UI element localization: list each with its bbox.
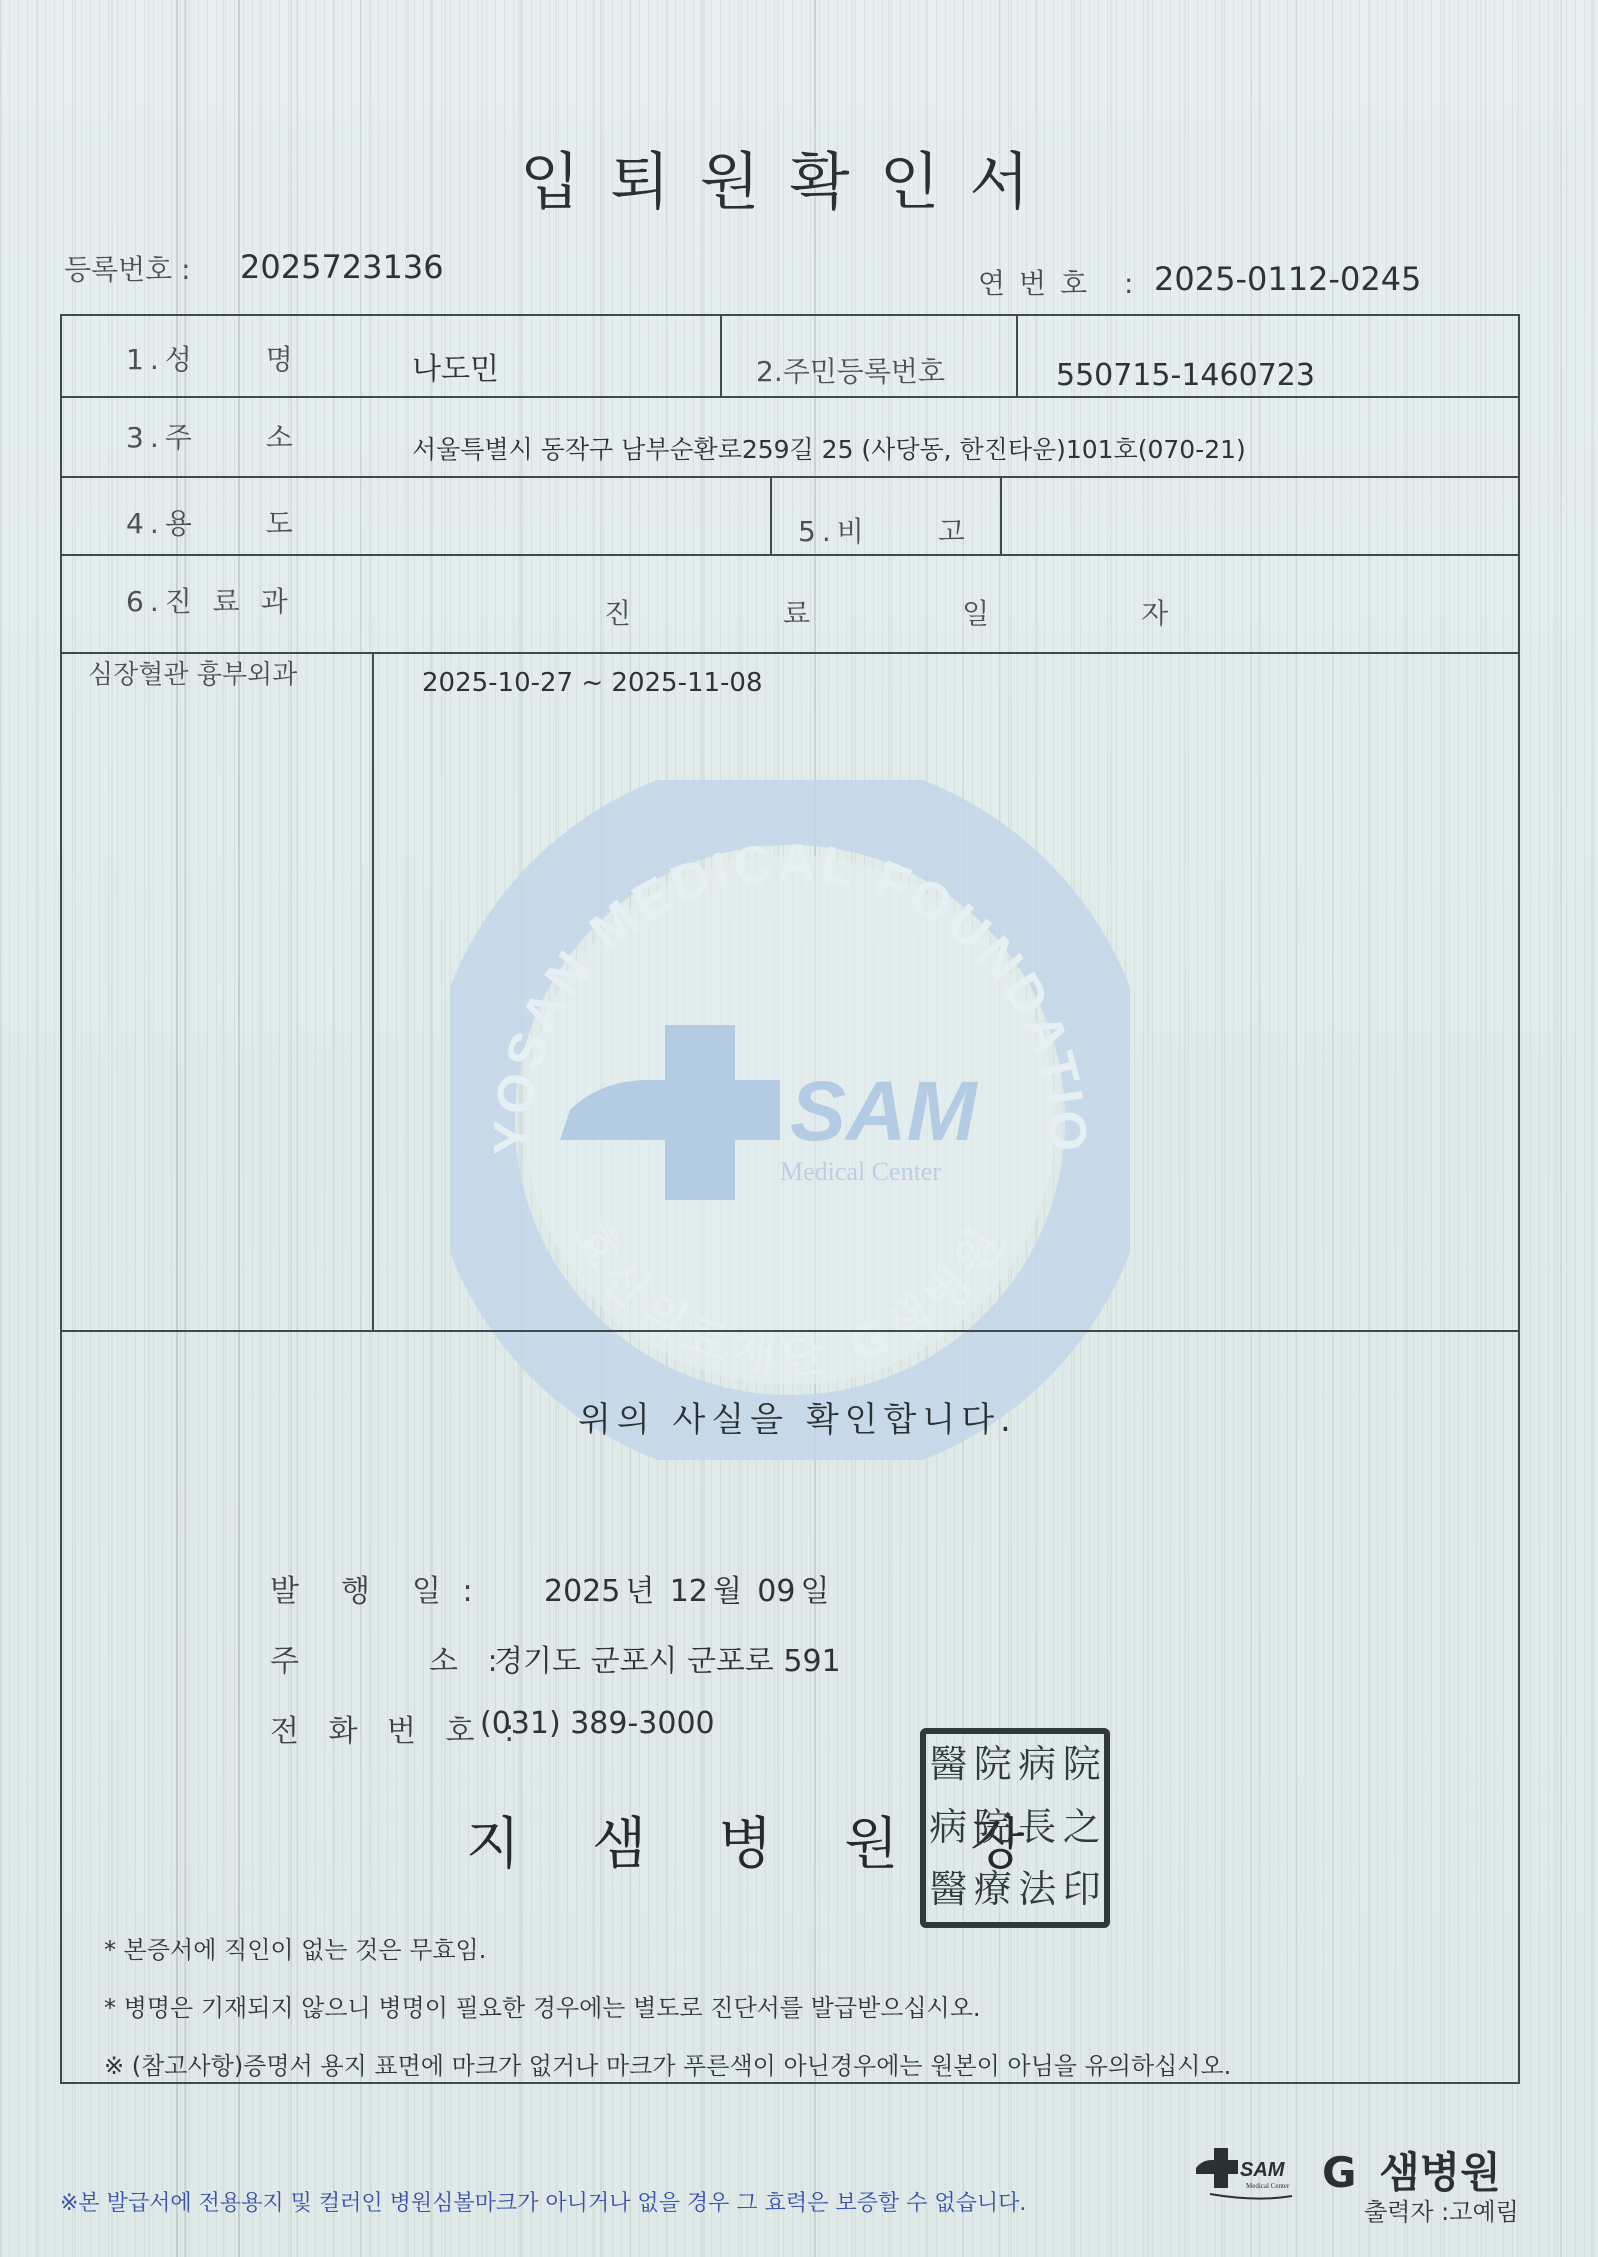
seal-glyph: 院 — [1060, 1734, 1105, 1797]
table-column-divider — [372, 652, 374, 1332]
table-column-divider — [1000, 476, 1002, 554]
rrn-label: 2.주민등록번호 — [756, 350, 945, 390]
remarks-label: 5.비 고 — [798, 510, 971, 550]
registration-number: 2025723136 — [240, 248, 444, 286]
table-row-divider — [60, 554, 1520, 556]
rrn-value: 550715-1460723 — [1056, 358, 1315, 393]
printed-by: 출력자 :고예림 — [1364, 2192, 1519, 2227]
treatment-period: 2025-10-27 ~ 2025-11-08 — [422, 668, 763, 698]
issue-month: 12 — [670, 1574, 708, 1609]
printed-by-name: 고예림 — [1449, 2198, 1519, 2226]
table-column-divider — [1016, 314, 1018, 396]
table-column-divider — [720, 314, 722, 396]
seal-glyph: 長 — [1015, 1797, 1060, 1860]
dates-header: 진 료 일 자 — [604, 592, 1230, 632]
phone-number: (031) 389-3000 — [480, 1706, 715, 1741]
seal-glyph: 法 — [1015, 1859, 1060, 1922]
note-bullet: ※ — [104, 2052, 124, 2080]
table-border-left — [60, 314, 62, 2084]
table-column-divider — [770, 476, 772, 554]
seal-glyph: 療 — [971, 1859, 1016, 1922]
sam-medical-center-logo: SAM Medical Center — [1196, 2146, 1316, 2206]
purpose-label: 4.용 도 — [126, 502, 299, 542]
seal-glyph: 病 — [1015, 1734, 1060, 1797]
document-title: 입퇴원확인서 — [520, 132, 1059, 221]
svg-text:Medical Center: Medical Center — [1246, 2182, 1290, 2190]
issue-year-unit: 년 — [625, 1574, 654, 1609]
note-bullet: * — [104, 1994, 116, 2022]
address-label: 3.주 소 — [126, 416, 299, 456]
issue-year: 2025 — [544, 1574, 620, 1609]
seal-glyph: 印 — [1060, 1859, 1105, 1922]
hospital-address-label: 주 소 : — [270, 1636, 508, 1680]
sequence-number-label: 연번호 : — [978, 262, 1147, 302]
hospital-watermark-logo: HYOSAN MEDICAL FOUNDATION 효산의료재단 G샘병원 SA… — [450, 780, 1130, 1460]
seal-glyph: 醫 — [926, 1734, 971, 1797]
printed-by-label: 출력자 : — [1364, 2198, 1449, 2226]
table-border-right — [1518, 314, 1520, 2084]
issue-day: 09 — [757, 1574, 795, 1609]
patient-name: 나도민 — [412, 344, 499, 388]
hospital-address: 경기도 군포시 군포로 591 — [494, 1636, 841, 1680]
seal-glyph: 院 — [971, 1734, 1016, 1797]
g-sam-hospital-logo: G 샘병원 — [1322, 2140, 1501, 2200]
seal-glyph: 病 — [926, 1797, 971, 1860]
svg-text:SAM: SAM — [790, 1064, 979, 1158]
note-text: (참고사항)증명서 용지 표면에 마크가 없거나 마크가 푸른색이 아닌경우에는… — [132, 2052, 1232, 2080]
g-logo-letter: G — [1322, 2148, 1356, 2197]
seal-glyph: 之 — [1060, 1797, 1105, 1860]
note-3: ※ (참고사항)증명서 용지 표면에 마크가 없거나 마크가 푸른색이 아닌경우… — [104, 2046, 1231, 2081]
issue-day-unit: 일 — [801, 1574, 830, 1609]
note-1: * 본증서에 직인이 없는 것은 무효임. — [104, 1930, 486, 1965]
table-row-divider — [62, 1330, 1520, 1332]
document-paper: 입퇴원확인서 등록번호 : 2025723136 연번호 : 2025-0112… — [0, 0, 1598, 2257]
department-value: 심장혈관 흉부외과 — [88, 654, 297, 691]
table-row-divider — [60, 476, 1520, 478]
issue-month-unit: 월 — [713, 1574, 742, 1609]
confirmation-statement: 위의 사실을 확인합니다. — [578, 1392, 1017, 1441]
svg-text:SAM: SAM — [1240, 2159, 1286, 2181]
sequence-number: 2025-0112-0245 — [1154, 260, 1421, 298]
note-2: * 병명은 기재되지 않으니 병명이 필요한 경우에는 별도로 진단서를 발급받… — [104, 1988, 981, 2023]
seal-glyph: 院 — [971, 1797, 1016, 1860]
table-border-bottom — [60, 2082, 1520, 2084]
note-text: 병명은 기재되지 않으니 병명이 필요한 경우에는 별도로 진단서를 발급받으십… — [124, 1994, 981, 2022]
official-seal-stamp: 醫院病院病院長之醫療法印 — [920, 1728, 1110, 1928]
note-text: 본증서에 직인이 없는 것은 무효임. — [124, 1936, 487, 1964]
name-label: 1.성 명 — [126, 338, 299, 378]
note-bullet: * — [104, 1936, 116, 1964]
seal-glyph: 醫 — [926, 1859, 971, 1922]
issue-date: 2025 년 12 월 09 일 — [544, 1566, 830, 1610]
registration-number-label: 등록번호 : — [64, 248, 191, 288]
table-border-top — [60, 314, 1520, 316]
issue-date-label: 발 행 일 : — [270, 1566, 479, 1610]
footer-warning: ※본 발급서에 전용용지 및 컬러인 병원심볼마크가 아니거나 없을 경우 그 … — [60, 2186, 1026, 2217]
svg-text:Medical Center: Medical Center — [780, 1157, 941, 1186]
patient-address: 서울특별시 동작구 남부순환로259길 25 (사당동, 한진타운)101호(0… — [412, 430, 1246, 466]
table-row-divider — [60, 396, 1520, 398]
g-logo-hospital-name: 샘병원 — [1379, 2148, 1501, 2197]
department-header: 6.진 료 과 — [126, 580, 294, 620]
